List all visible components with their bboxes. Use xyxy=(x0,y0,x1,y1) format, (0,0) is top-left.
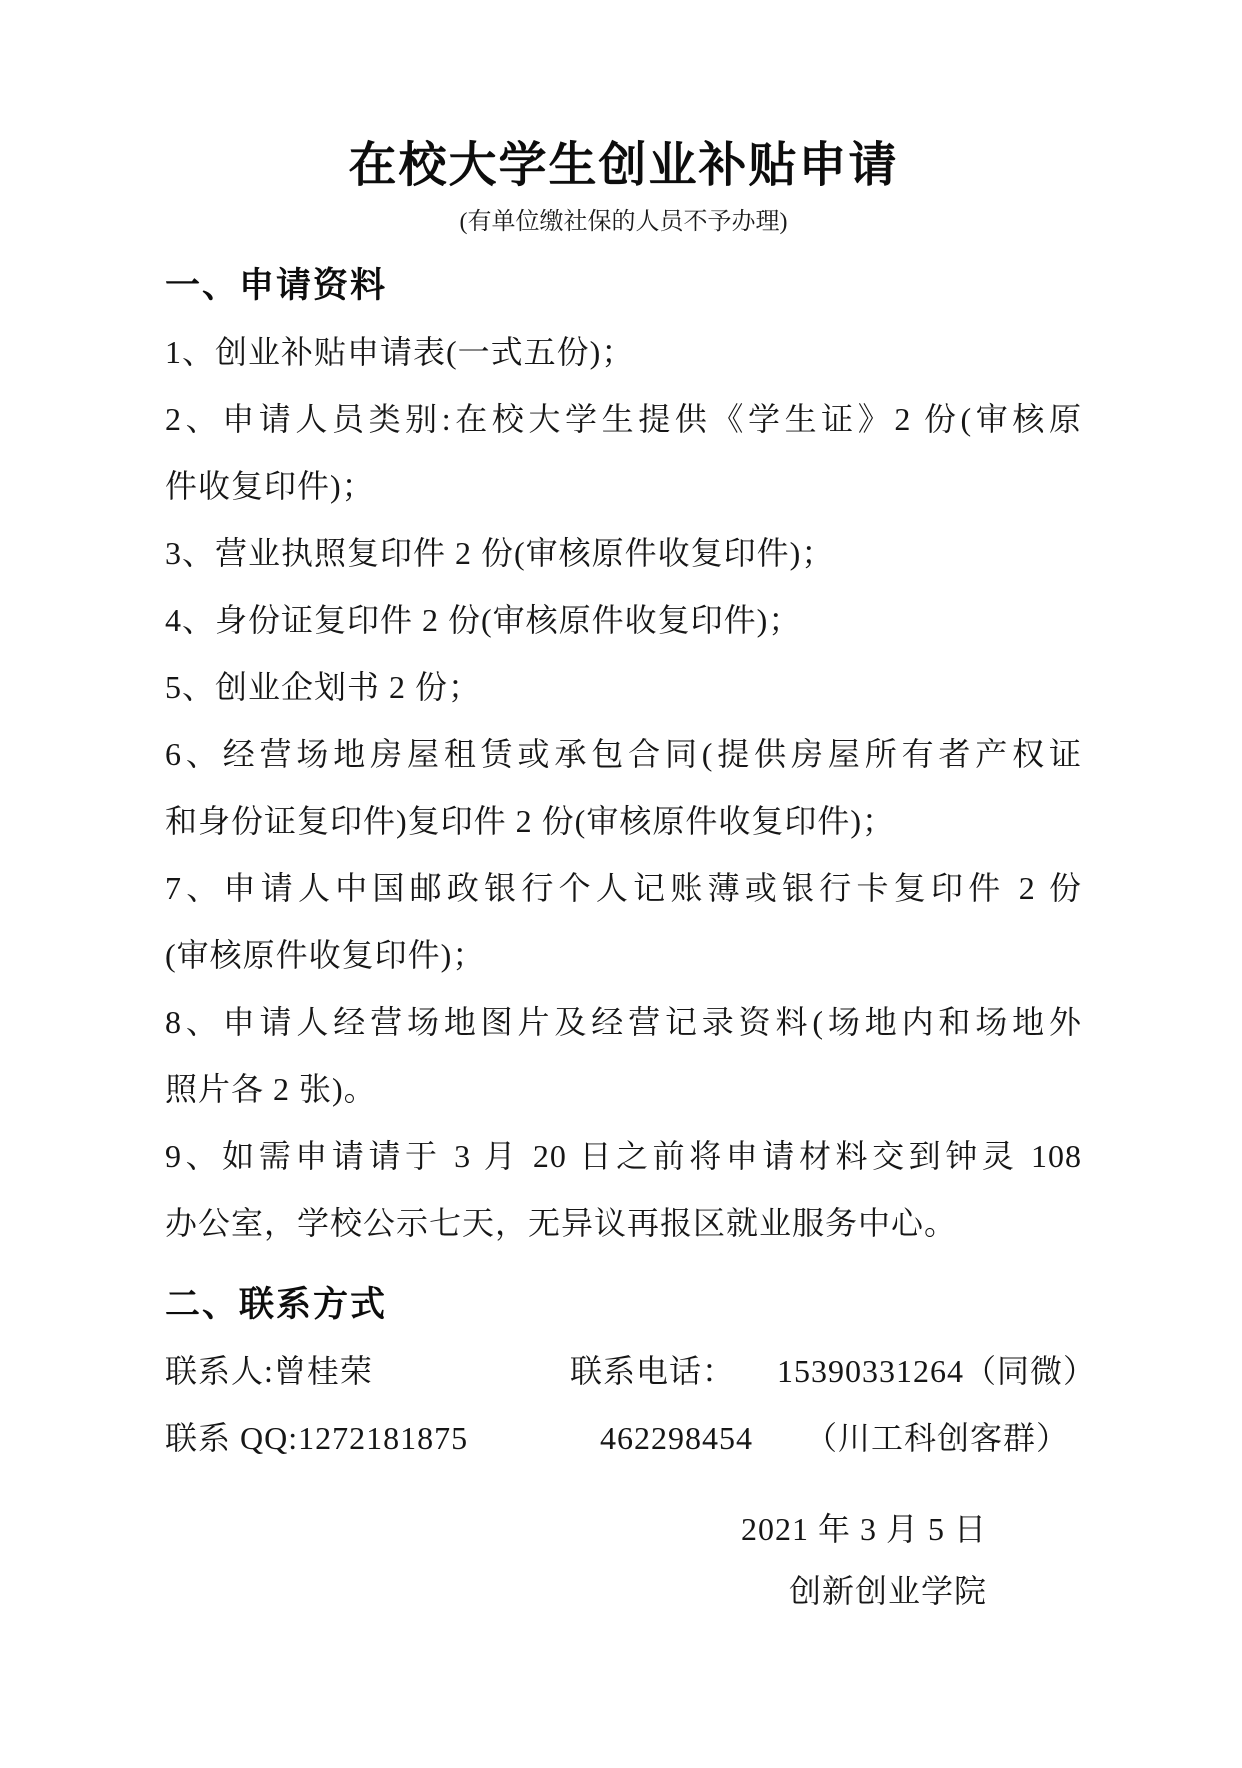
contact-qq-group-number: 462298454 xyxy=(600,1420,753,1456)
signature-org: 创新创业学院 xyxy=(165,1560,987,1622)
requirement-line-4: 4、身份证复印件 2 份(审核原件收复印件)； xyxy=(165,587,1082,654)
contact-phone: 联系电话：15390331264（同微） xyxy=(570,1338,1096,1405)
document-page: 在校大学生创业补贴申请 (有单位缴社保的人员不予办理) 一、申请资料 1、创业补… xyxy=(0,0,1242,1768)
contact-qq-group-note: （川工科创客群） xyxy=(805,1420,1069,1456)
signature-block: 2021 年 3 月 5 日 创新创业学院 xyxy=(165,1498,1082,1622)
requirement-line-8: 8、申请人经营场地图片及经营记录资料(场地内和场地外 xyxy=(165,989,1082,1056)
requirement-line-5: 5、创业企划书 2 份； xyxy=(165,654,1082,721)
requirement-line-6-cont: 和身份证复印件)复印件 2 份(审核原件收复印件)； xyxy=(165,788,1082,855)
requirement-line-9-cont: 办公室，学校公示七天，无异议再报区就业服务中心。 xyxy=(165,1190,1082,1257)
contact-row-1: 联系人:曾桂荣 联系电话：15390331264（同微） xyxy=(165,1338,1082,1405)
contact-qq-group: 462298454（川工科创客群） xyxy=(570,1405,1082,1472)
contact-qq: 联系 QQ:1272181875 xyxy=(165,1405,570,1472)
requirement-line-7-cont: (审核原件收复印件)； xyxy=(165,922,1082,989)
requirement-line-2-cont: 件收复印件)； xyxy=(165,453,1082,520)
requirement-line-8-cont: 照片各 2 张)。 xyxy=(165,1056,1082,1123)
contact-person: 联系人:曾桂荣 xyxy=(165,1338,570,1405)
requirement-line-9: 9、如需申请请于 3 月 20 日之前将申请材料交到钟灵 108 xyxy=(165,1123,1082,1190)
section1-heading: 一、申请资料 xyxy=(165,252,1082,319)
contact-phone-label: 联系电话： xyxy=(570,1353,735,1389)
contact-phone-number: 15390331264（同微） xyxy=(777,1353,1096,1389)
signature-date: 2021 年 3 月 5 日 xyxy=(165,1498,987,1560)
requirement-line-1: 1、创业补贴申请表(一式五份)； xyxy=(165,319,1082,386)
section2-heading: 二、联系方式 xyxy=(165,1271,1082,1338)
contact-row-2: 联系 QQ:1272181875 462298454（川工科创客群） xyxy=(165,1405,1082,1472)
document-title: 在校大学生创业补贴申请 xyxy=(165,140,1082,193)
requirement-line-3: 3、营业执照复印件 2 份(审核原件收复印件)； xyxy=(165,520,1082,587)
requirement-line-2: 2、申请人员类别:在校大学生提供《学生证》2 份(审核原 xyxy=(165,386,1082,453)
requirement-line-6: 6、经营场地房屋租赁或承包合同(提供房屋所有者产权证 xyxy=(165,721,1082,788)
document-subtitle: (有单位缴社保的人员不予办理) xyxy=(165,207,1082,238)
requirement-line-7: 7、申请人中国邮政银行个人记账薄或银行卡复印件 2 份 xyxy=(165,855,1082,922)
